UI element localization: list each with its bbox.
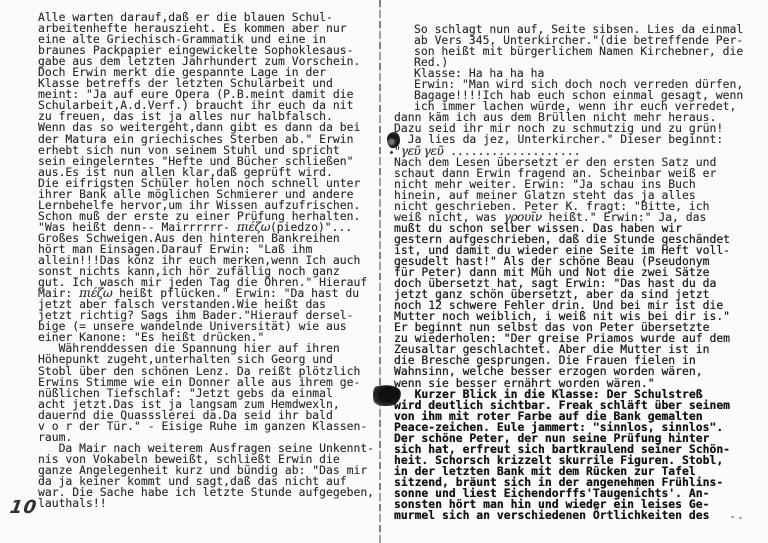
- typewriter-line: murmel sich an verschiedenen Örtlichkeit…: [394, 510, 764, 521]
- ink-dot: [390, 151, 393, 154]
- typewriter-line: son heißt mit bürgerlichem Namen Kircheb…: [394, 46, 764, 57]
- right-text-column: So schlagt nun auf, Seite sibsen. Lies d…: [394, 24, 764, 521]
- typewriter-line: v o r der Tür." - Eisige Ruhe im ganzen …: [38, 421, 380, 432]
- page-number: 10: [8, 497, 38, 518]
- pencil-mark: [731, 515, 745, 520]
- column-divider-line: [379, 0, 381, 543]
- scanned-document-page: Alle warten darauf,daß er die blauen Sch…: [0, 0, 768, 543]
- typewriter-line: lauthals!!: [38, 498, 380, 509]
- left-text-column: Alle warten darauf,daß er die blauen Sch…: [38, 12, 380, 509]
